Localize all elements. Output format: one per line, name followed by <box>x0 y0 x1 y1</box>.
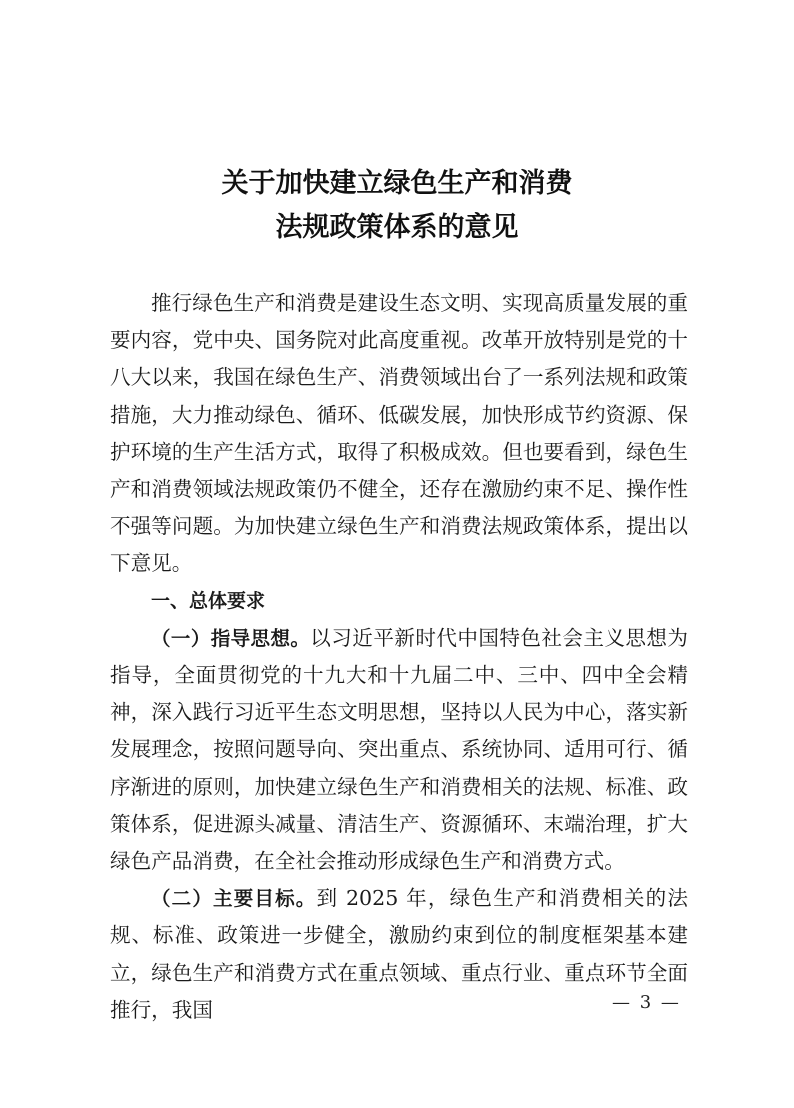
guiding-ideology-paragraph: （一）指导思想。以习近平新时代中国特色社会主义思想为指导，全面贯彻党的十九大和十… <box>110 620 688 880</box>
document-title-line-1: 关于加快建立绿色生产和消费 <box>0 161 794 200</box>
page-number: — 3 — <box>612 992 681 1013</box>
main-goals-paragraph: （二）主要目标。到 2025 年，绿色生产和消费相关的法规、标准、政策进一步健全… <box>110 880 688 1029</box>
document-title-line-2: 法规政策体系的意见 <box>0 205 794 244</box>
section-heading-general-requirements: 一、总体要求 <box>110 583 688 620</box>
item-lead-main-goals: （二）主要目标。 <box>151 887 316 910</box>
item-lead-guiding-ideology: （一）指导思想。 <box>151 627 310 650</box>
item-text-guiding-ideology: 以习近平新时代中国特色社会主义思想为指导，全面贯彻党的十九大和十九届二中、三中、… <box>110 626 688 873</box>
document-body: 推行绿色生产和消费是建设生态文明、实现高质量发展的重要内容，党中央、国务院对此高… <box>110 285 688 1029</box>
intro-paragraph: 推行绿色生产和消费是建设生态文明、实现高质量发展的重要内容，党中央、国务院对此高… <box>110 285 688 583</box>
